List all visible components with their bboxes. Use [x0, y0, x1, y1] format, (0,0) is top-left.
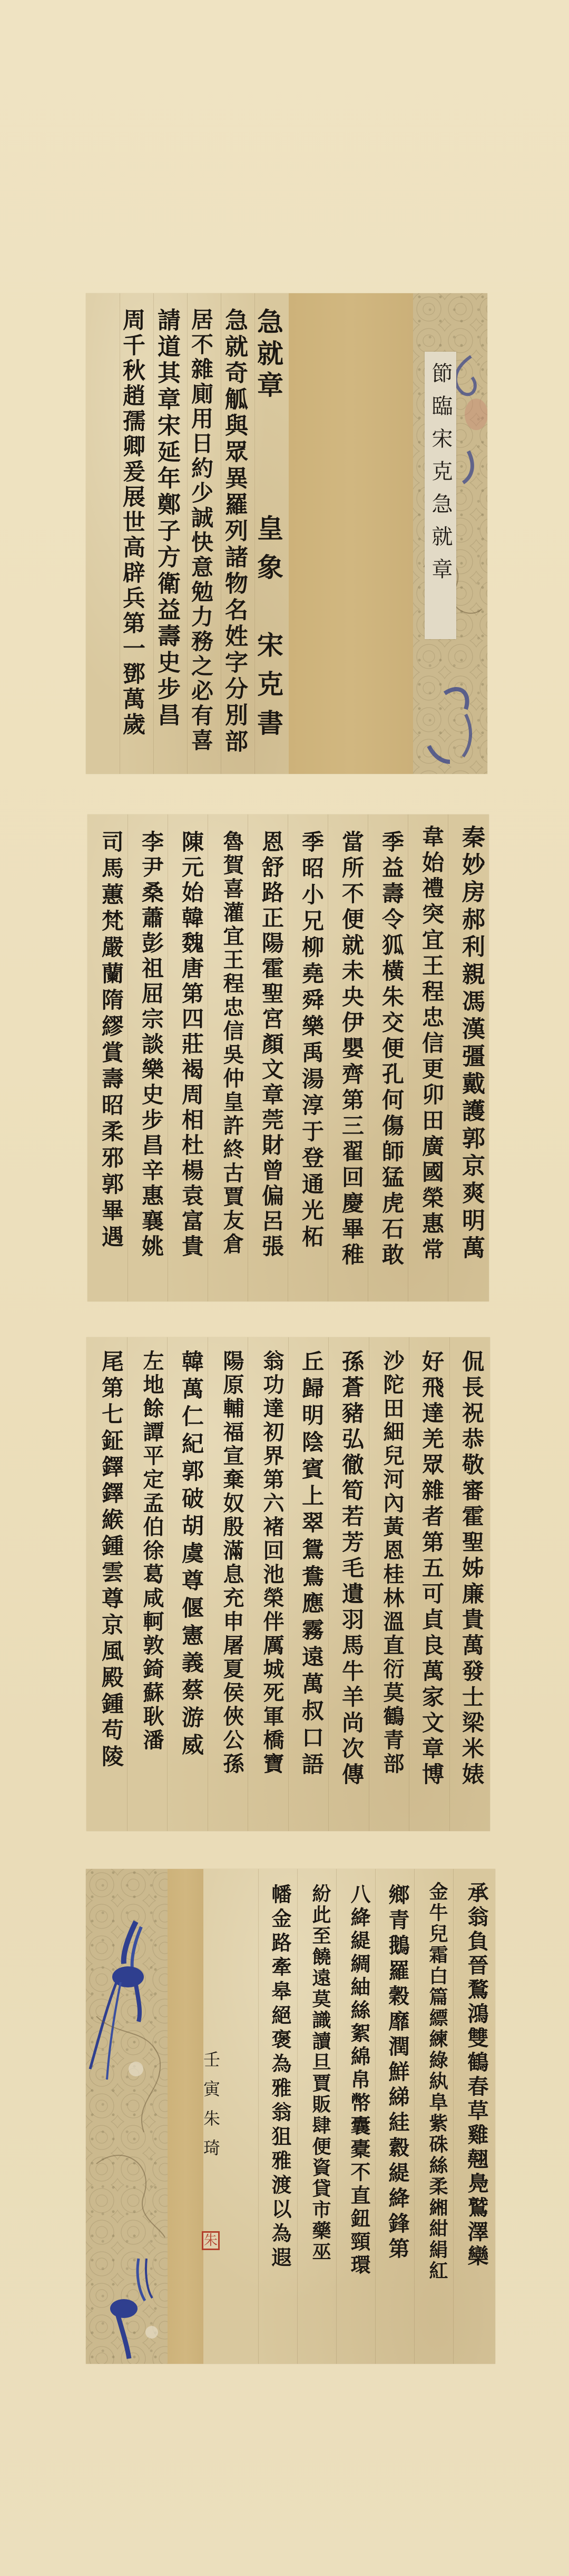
brocade-border: 節臨宋克急就章	[413, 293, 487, 774]
silk-spacer	[168, 1869, 203, 2364]
silk-spacer	[289, 293, 413, 774]
text-column: 韋始禮突宜王程忠信更卯田廣國榮惠常	[420, 825, 443, 1264]
album-title: 節臨宋克急就章	[430, 362, 451, 591]
album-leaf-1: 急就章 皇象 宋克書 急就奇觚與眾異羅列諸物名姓字分別部 居不雜廁用日約少誠快意…	[86, 293, 487, 774]
text-column: 急就章	[255, 308, 281, 403]
text-column: 侃長祝恭敬審霍聖姊廉貴萬發士梁米婊	[460, 1350, 483, 1788]
text-column: 皇象 宋克書	[255, 514, 281, 748]
artist-seal: 朱	[202, 2231, 220, 2250]
text-column: 當所不便就未央伊嬰齊第三翟回慶畢稚	[340, 830, 362, 1269]
calligraphy-paper: 急就章 皇象 宋克書 急就奇觚與眾異羅列諸物名姓字分別部 居不雜廁用日約少誠快意…	[86, 293, 289, 774]
album-leaf-2: 秦妙房郝利親馮漢彊戴護郭京爽明萬 韋始禮突宜王程忠信更卯田廣國榮惠常 季益壽令狐…	[87, 814, 489, 1301]
text-column: 孫蒼豬弘徹筍若芳毛遺羽馬牛羊尚次傳	[340, 1350, 362, 1788]
text-column: 陳元始韓魏唐第四莊褐周相杜楊袁富貴	[180, 830, 202, 1260]
text-column: 好飛達羌眾雜者第五可貞良萬家文章博	[420, 1350, 443, 1788]
text-column: 幡金路牽皋絕褒為雅翁狙雅渡以為遐	[270, 1884, 290, 2271]
title-slip: 節臨宋克急就章	[425, 352, 456, 639]
text-column: 沙陀田細兒河內黃恩桂林溫直衍莫鶴青部	[381, 1350, 403, 1776]
text-column: 請道其章宋延年鄭子方衛益壽史步昌	[155, 308, 178, 729]
text-column: 金牛兒霜白篇縹練綠紈阜紫硃絲柔緗紺絹紅	[428, 1882, 447, 2282]
album-leaf-3: 侃長祝恭敬審霍聖姊廉貴萬發士梁米婊 好飛達羌眾雜者第五可貞良萬家文章博 沙陀田細…	[86, 1337, 490, 1831]
text-column: 周千秋趙孺卿爰展世高辟兵第一鄧萬歲	[121, 308, 143, 738]
text-column: 陽原輔福宣棄奴殷滿息充申屠夏侯俠公孫	[221, 1350, 242, 1776]
brocade-border	[86, 1869, 168, 2364]
text-column: 李尹桑蕭彭祖屈宗談樂史步昌辛惠襄姚	[140, 830, 162, 1260]
phoenix-icon	[86, 1869, 168, 2364]
text-column: 急就奇觚與眾異羅列諸物名姓字分別部	[222, 308, 246, 755]
text-column: 韓萬仁紀郭破胡虞尊偃憲義蔡游威	[180, 1350, 202, 1761]
text-column: 丘歸明陰賓上翠鴛鴦應霧遠萬叔口語	[300, 1350, 322, 1779]
text-column: 八絳緹綢紬絲絮綿帛幣囊橐不直鈕頸環	[349, 1884, 369, 2277]
text-column: 恩舒路正陽霍聖宮顏文章莞財曾偏呂張	[260, 830, 282, 1260]
text-column: 承翁負晉鶩鴻雙鶴春草雞翹鳧鷲澤欒	[466, 1882, 487, 2269]
text-column: 左地餘譚平定孟伯徐葛咸軻敦錡蘇耿潘	[141, 1350, 162, 1753]
text-column: 魯賀喜灌宜王程忠信吳仲皇許終古賈友倉	[221, 830, 242, 1257]
text-column: 居不雜廁用日約少誠快意勉力務之必有喜	[190, 308, 212, 753]
text-column: 季益壽令狐橫朱交便孔何傷師猛虎石敢	[380, 830, 403, 1269]
text-column: 司馬蕙梵嚴蘭隋繆賞壽昭柔邪郭畢遇	[100, 830, 122, 1251]
artist-signature: 壬寅朱琦	[202, 2051, 219, 2169]
album-leaf-4: 承翁負晉鶩鴻雙鶴春草雞翹鳧鷲澤欒 金牛兒霜白篇縹練綠紈阜紫硃絲柔緗紺絹紅 鄉青鵝…	[86, 1869, 495, 2364]
text-column: 鄉青鵝羅穀靡潤鮮綈絓縠緹絳鋒第	[387, 1884, 408, 2263]
text-column: 尾第七鉦鐸鐸緱鍾雲尊京風殿鍾苟陵	[100, 1350, 122, 1771]
text-column: 紛此至饒遠莫識讀旦賈販肆便資貸市藥巫	[311, 1884, 330, 2263]
calligraphy-paper: 承翁負晉鶩鴻雙鶴春草雞翹鳧鷲澤欒 金牛兒霜白篇縹練綠紈阜紫硃絲柔緗紺絹紅 鄉青鵝…	[203, 1869, 495, 2364]
text-column: 秦妙房郝利親馮漢彊戴護郭京爽明萬	[459, 825, 483, 1263]
text-column: 季昭小兄柳堯舜樂禹湯淳于登通光柘	[300, 830, 322, 1251]
text-column: 翁功達初界第六褚回池榮伴厲城死軍橋寶	[261, 1350, 282, 1776]
